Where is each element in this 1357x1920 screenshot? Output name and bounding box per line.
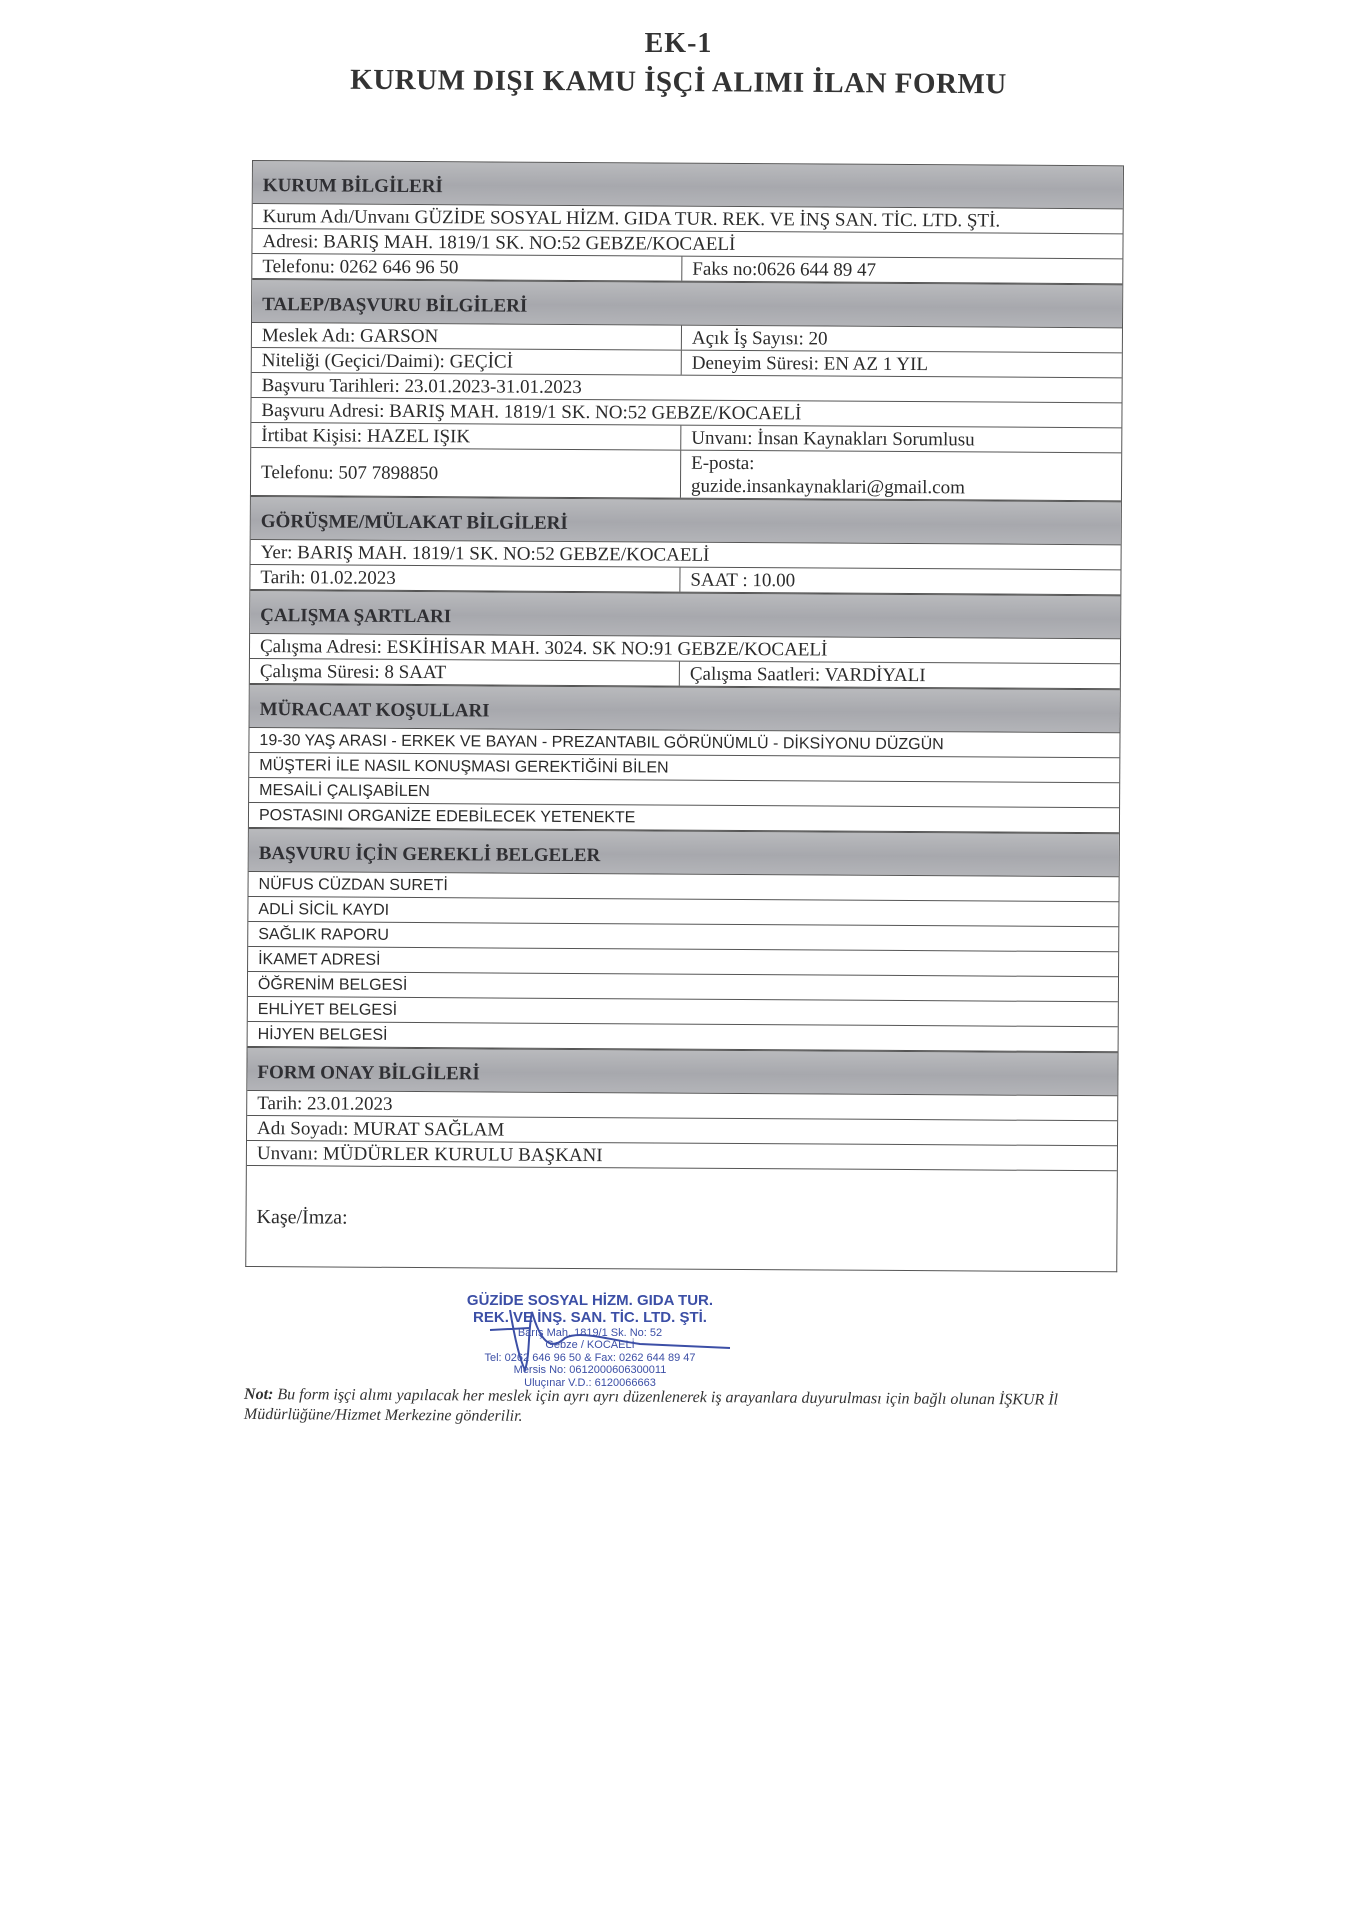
form-title: KURUM DIŞI KAMU İŞÇİ ALIMI İLAN FORMU (0, 61, 1357, 103)
signature-label: Kaşe/İmza: (256, 1206, 347, 1230)
interview-time: SAAT : 10.00 (680, 568, 1120, 595)
work-duration: Çalışma Süresi: 8 SAAT (250, 659, 680, 686)
contact-email[interactable]: guzide.insankaynaklari@gmail.com (691, 475, 1111, 501)
occupation: Meslek Adı: GARSON (252, 323, 682, 350)
section-application-conditions-heading: MÜRACAAT KOŞULLARI (250, 684, 1120, 733)
section-required-documents-heading: BAŞVURU İÇİN GEREKLİ BELGELER (249, 828, 1119, 877)
work-hours: Çalışma Saatleri: VARDİYALI (680, 662, 1120, 689)
section-institution-heading: KURUM BİLGİLERİ (253, 160, 1123, 209)
open-positions: Açık İş Sayısı: 20 (682, 326, 1122, 353)
institution-phone: Telefonu: 0262 646 96 50 (252, 254, 682, 281)
email-label: E-posta: (691, 452, 1111, 478)
section-work-conditions-heading: ÇALIŞMA ŞARTLARI (250, 590, 1120, 639)
signature-scribble-icon (470, 1300, 770, 1380)
experience-required: Deneyim Süresi: EN AZ 1 YIL (682, 351, 1122, 378)
note-text: Bu form işçi alımı yapılacak her meslek … (244, 1386, 1058, 1425)
note-label: Not: (244, 1386, 273, 1403)
annex-label: EK-1 (0, 28, 1357, 60)
footnote: Not: Bu form işçi alımı yapılacak her me… (244, 1385, 1134, 1431)
job-posting-form: KURUM BİLGİLERİ Kurum Adı/Unvanı GÜZİDE … (245, 160, 1124, 1272)
contact-phone: Telefonu: 507 7898850 (251, 448, 681, 498)
contact-person: İrtibat Kişisi: HAZEL IŞIK (251, 423, 681, 450)
institution-fax: Faks no:0626 644 89 47 (682, 257, 1122, 284)
signature-row: Kaşe/İmza: (246, 1166, 1117, 1271)
contact-title: Unvanı: İnsan Kaynakları Sorumlusu (681, 426, 1121, 453)
interview-date: Tarih: 01.02.2023 (250, 565, 680, 592)
employment-nature: Niteliği (Geçici/Daimi): GEÇİCİ (252, 348, 682, 375)
section-interview-heading: GÖRÜŞME/MÜLAKAT BİLGİLERİ (251, 496, 1121, 545)
section-request-heading: TALEP/BAŞVURU BİLGİLERİ (252, 279, 1122, 328)
section-approval-heading: FORM ONAY BİLGİLERİ (247, 1047, 1117, 1096)
